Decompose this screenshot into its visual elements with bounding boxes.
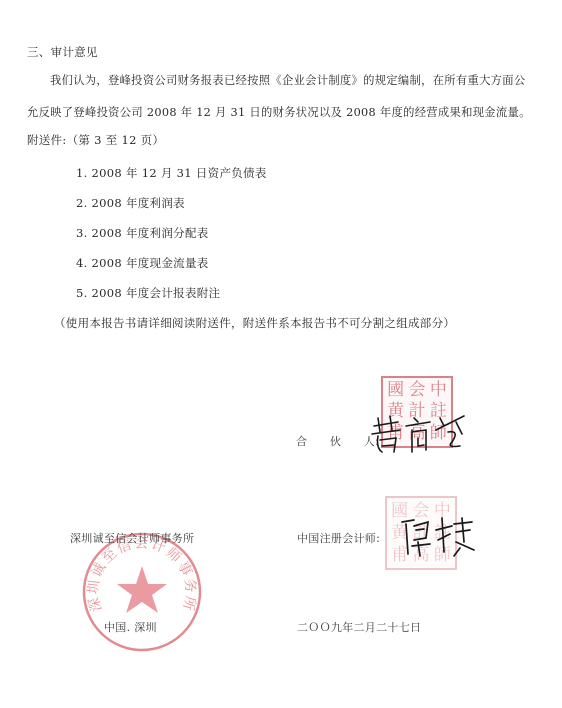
firm-name: 深圳诚至信会计师事务所: [70, 530, 194, 546]
seal-char: 会: [406, 380, 427, 401]
opinion-paragraph-line2: 允反映了登峰投资公司 2008 年 12 月 31 日的财务状况以及 2008 …: [27, 104, 531, 120]
partner-label: 合 伙 人:: [296, 433, 379, 449]
attachment-item-1: 1. 2008 年 12 月 31 日资产负债表: [76, 165, 267, 181]
attachments-note: （使用本报告书请详细阅读附送件，附送件系本报告书不可分割之组成部分）: [54, 315, 455, 331]
firm-location: 中国. 深圳: [104, 619, 157, 635]
attachment-item-3: 3. 2008 年度利润分配表: [76, 225, 209, 241]
partner-signature: [368, 412, 478, 457]
cpa-label: 中国注册会计师:: [297, 530, 380, 546]
attachments-label: 附送件:（第 3 至 12 页）: [27, 132, 164, 148]
attachment-item-5: 5. 2008 年度会计报表附注: [76, 285, 220, 301]
opinion-paragraph-line1: 我们认为，登峰投资公司财务报表已经按照《企业会计制度》的规定编制，在所有重大方面…: [50, 72, 525, 88]
firm-round-seal: 深圳诚至信会计师事务所: [80, 530, 204, 654]
seal-char: 國: [385, 380, 406, 401]
report-date: 二ＯＯ九年二月二十七日: [297, 619, 421, 635]
attachment-item-4: 4. 2008 年度现金流量表: [76, 255, 209, 271]
cpa-signature: [398, 512, 478, 562]
attachment-item-2: 2. 2008 年度利润表: [76, 195, 185, 211]
section-heading: 三、审计意见: [27, 44, 98, 60]
seal-char: 中: [428, 380, 449, 401]
